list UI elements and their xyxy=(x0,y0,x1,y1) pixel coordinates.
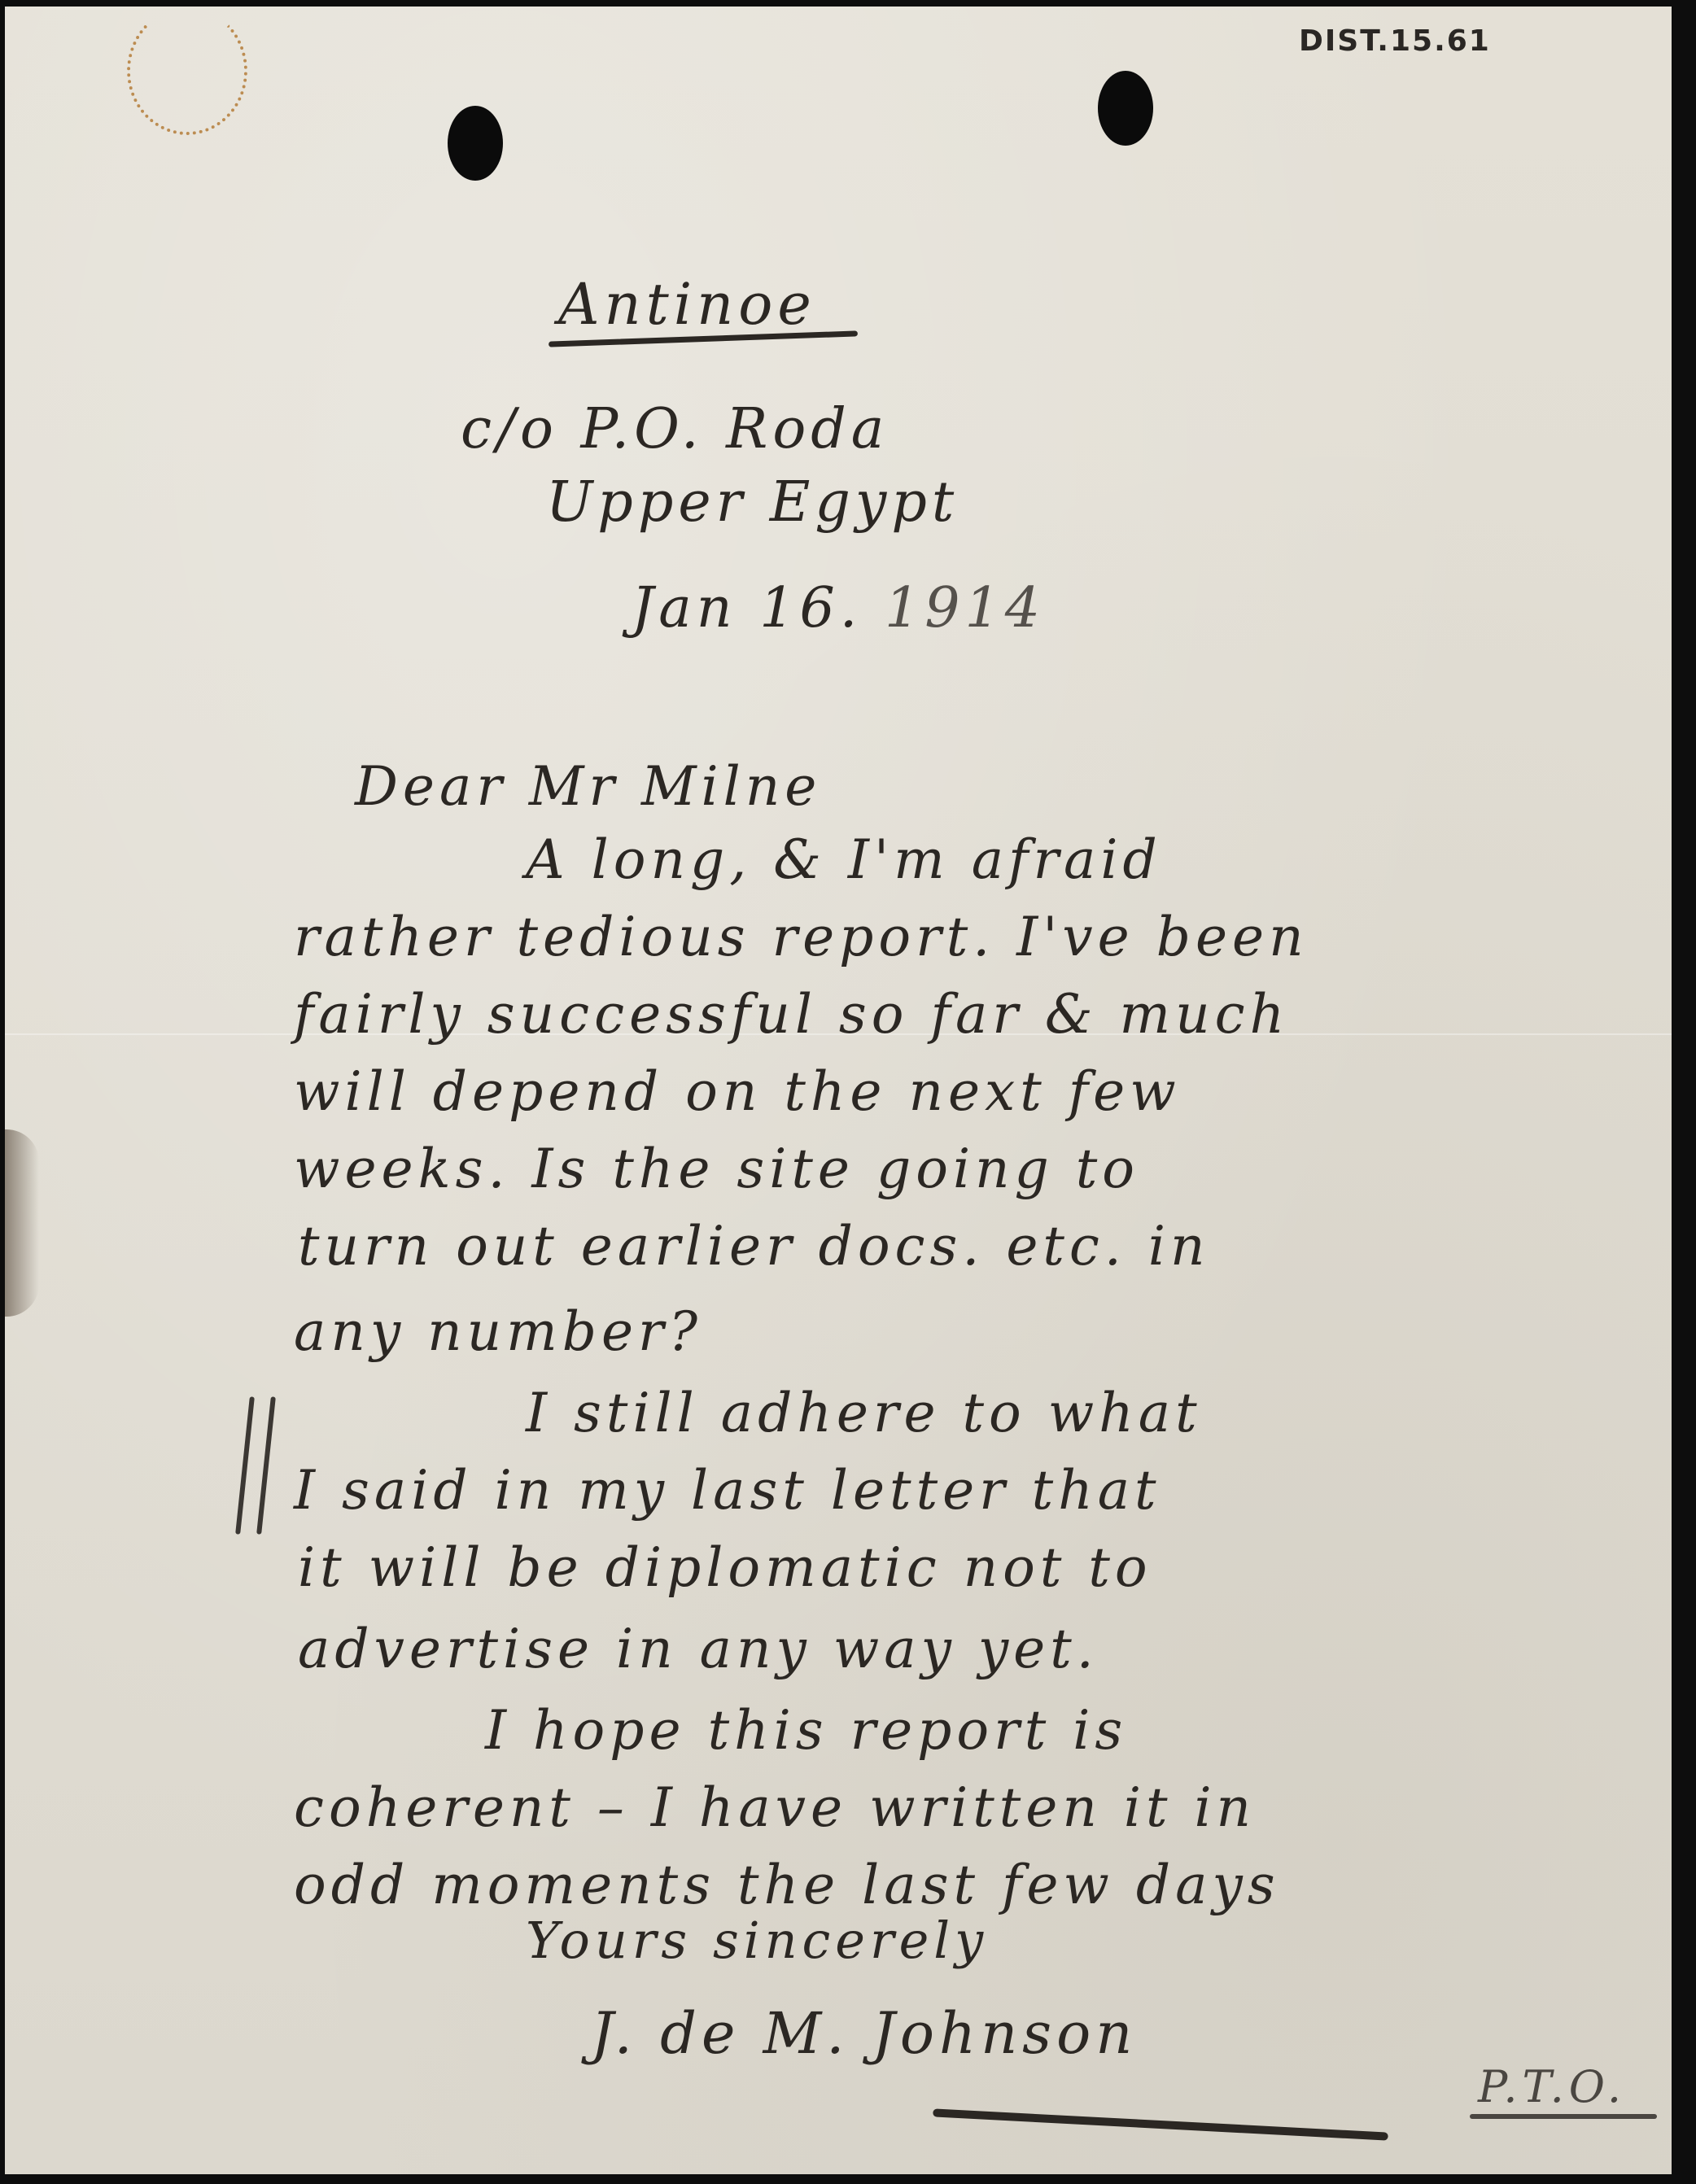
body-line: weeks. Is the site going to xyxy=(294,1138,1139,1200)
body-line: will depend on the next few xyxy=(294,1060,1181,1123)
signature-flourish xyxy=(933,2108,1388,2140)
body-line: I said in my last letter that xyxy=(294,1459,1161,1522)
margin-mark xyxy=(235,1396,255,1535)
body-line: odd moments the last few days xyxy=(294,1854,1280,1916)
body-line: coherent – I have written it in xyxy=(294,1776,1256,1839)
edge-stain xyxy=(5,1129,39,1317)
body-line: I hope this report is xyxy=(485,1699,1127,1762)
date-day-month: Jan 16. xyxy=(632,576,862,640)
page-turn-underline xyxy=(1470,2114,1657,2119)
letter-date: Jan 16. 1914 xyxy=(632,576,1045,640)
body-line: it will be diplomatic not to xyxy=(298,1536,1152,1599)
letter-page: DIST.15.61 Antinoe c/o P.O. Roda Upper E… xyxy=(5,7,1672,2174)
margin-mark xyxy=(256,1396,276,1535)
body-line: fairly successful so far & much xyxy=(294,983,1289,1046)
body-line: any number? xyxy=(294,1300,702,1363)
page-turn-note: P.T.O. xyxy=(1478,2061,1626,2112)
punch-hole-right xyxy=(1098,71,1153,146)
archive-reference: DIST.15.61 xyxy=(1299,24,1491,58)
closing: Yours sincerely xyxy=(526,1911,988,1970)
address-line-1: c/o P.O. Roda xyxy=(461,397,889,461)
signature: J. de M. Johnson xyxy=(591,2000,1137,2067)
body-line: rather tedious report. I've been xyxy=(294,906,1309,968)
scan-frame-bottom xyxy=(0,2174,1696,2184)
rust-stain-ring xyxy=(127,7,247,135)
scan-frame-top xyxy=(0,0,1696,7)
place-heading: Antinoe xyxy=(558,271,816,338)
body-line: I still adhere to what xyxy=(526,1382,1202,1444)
body-line: A long, & I'm afraid xyxy=(526,828,1162,891)
scan-frame-right xyxy=(1672,0,1696,2184)
punch-hole-left xyxy=(448,106,503,181)
body-line: advertise in any way yet. xyxy=(298,1618,1099,1680)
body-line: turn out earlier docs. etc. in xyxy=(298,1215,1209,1278)
salutation: Dear Mr Milne xyxy=(355,755,821,818)
date-year: 1914 xyxy=(885,576,1045,640)
address-line-2: Upper Egypt xyxy=(546,470,959,535)
